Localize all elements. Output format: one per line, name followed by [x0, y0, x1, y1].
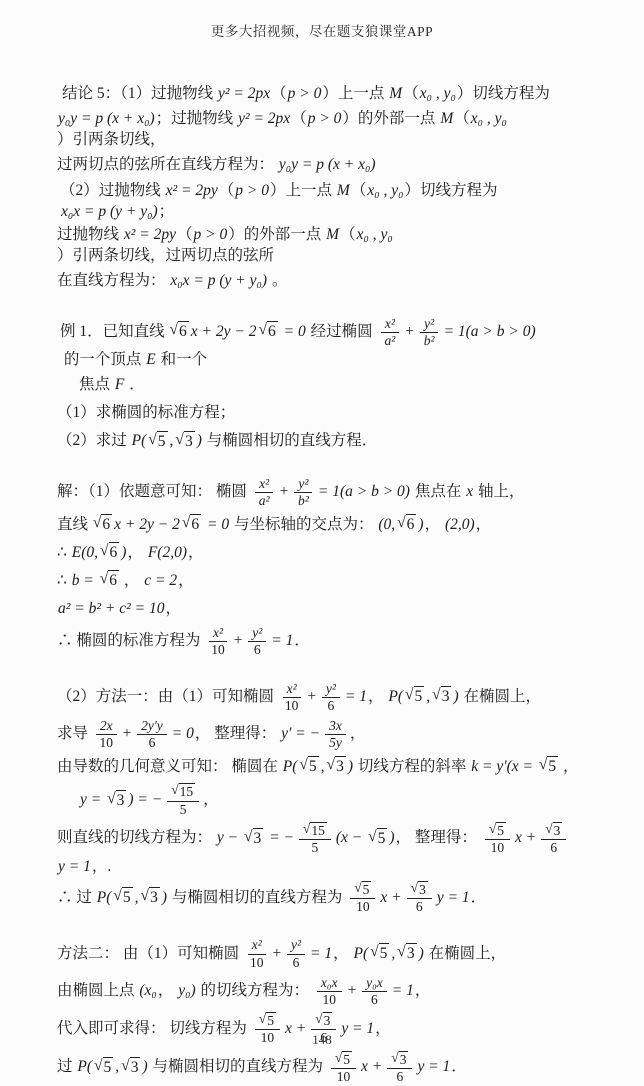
math-run: +	[232, 631, 244, 652]
text-line: 求导 2x10+2y′y6= 0， 整理得： y′ = −3x5y，	[57, 716, 591, 753]
radicand: 6	[178, 321, 189, 343]
radical-sign: √	[141, 886, 150, 907]
text-line: 解：（1）依题意可知： 椭圆 x²a²+y²b²= 1(a > b > 0) 焦…	[57, 474, 591, 511]
math-run: b²	[423, 333, 436, 349]
sqrt-expression: √5	[489, 822, 506, 839]
sqrt-expression: √3	[315, 1012, 332, 1029]
fraction-numerator: x²	[255, 476, 273, 493]
text-run: 经过椭圆	[307, 322, 377, 343]
text-run: ；	[159, 202, 175, 223]
radicand: 5	[103, 1057, 114, 1079]
math-run: ,	[390, 944, 396, 965]
text-run: （	[291, 109, 307, 130]
radicand: 6	[109, 542, 120, 564]
radicand: 5	[414, 686, 425, 708]
text-run: （2）过抛物线	[60, 181, 165, 202]
radicand: 5	[157, 431, 168, 453]
radicand: 3	[116, 790, 127, 812]
math-run: = 0	[202, 515, 230, 536]
fraction-denominator: 10	[320, 992, 340, 1008]
text-run: ）的外部一点	[228, 225, 325, 246]
fraction-numerator: √5	[350, 881, 375, 899]
text-run: ）引两条切线，过两切点的弦所	[57, 246, 274, 267]
math-run: y = 1	[416, 1057, 451, 1078]
radicand: 3	[130, 1057, 141, 1079]
text-run: ，	[178, 571, 194, 592]
math-run: y =	[79, 790, 106, 811]
solution-part-2-method-2: 方法二： 由（1）可知椭圆 x²10+y²6= 1， P(√5,√3) 在椭圆上…	[57, 935, 591, 1086]
text-run: 解：（1）依题意可知： 椭圆	[57, 482, 251, 503]
sqrt-expression: √5	[148, 431, 167, 453]
fraction-denominator: 6	[146, 735, 159, 751]
text-run: 6	[149, 735, 156, 751]
sqrt-expression: √15	[171, 783, 195, 800]
math-run: x²	[258, 476, 270, 492]
text-run: 过抛物线	[57, 225, 123, 246]
fraction-numerator: √3	[407, 881, 432, 899]
math-run: )	[120, 543, 127, 564]
math-run: )	[141, 1057, 148, 1078]
text-run: ∴ 椭圆的标准方程为	[57, 631, 204, 652]
radical-sign: √	[259, 1011, 266, 1027]
math-run: x²	[384, 316, 396, 332]
text-line: 直线 √6x + 2y − 2√6 = 0 与坐标轴的交点为： (0,√6)， …	[57, 511, 591, 539]
text-run: ．	[125, 375, 144, 396]
sqrt-expression: √3	[411, 881, 428, 898]
text-run: ，	[203, 790, 219, 811]
radical-sign: √	[171, 782, 178, 798]
math-run: 5y	[328, 735, 343, 751]
fraction: y²6	[322, 681, 340, 714]
math-run: x	[465, 482, 474, 503]
math-run: p > 0	[307, 109, 343, 130]
text-line: 焦点 F ．	[57, 372, 591, 400]
text-run: 10	[356, 899, 370, 915]
math-run: +	[346, 981, 358, 1002]
text-run: （	[340, 225, 356, 246]
text-run: ，	[415, 981, 431, 1002]
radicand: 15	[310, 822, 327, 839]
sqrt-expression: √5	[299, 756, 318, 778]
fraction-denominator: 6	[393, 1069, 406, 1085]
radical-sign: √	[335, 1050, 342, 1066]
text-run: ）上一点	[270, 181, 336, 202]
radicand: 5	[362, 881, 372, 898]
text-run: 10	[285, 698, 299, 714]
text-run: （2）求过	[57, 431, 131, 452]
sqrt-expression: √6	[397, 514, 416, 536]
fraction-numerator: y²	[322, 681, 340, 698]
fraction: √510	[350, 881, 375, 915]
sqrt-expression: √3	[141, 887, 160, 909]
math-run: x²	[212, 625, 224, 641]
math-run: p > 0	[234, 181, 270, 202]
math-run: x +	[360, 1057, 383, 1078]
text-run: ，	[350, 724, 366, 745]
sqrt-expression: √5	[259, 1012, 276, 1029]
math-run: P(	[131, 431, 148, 452]
fraction-denominator: 10	[334, 1069, 354, 1085]
math-run: y = 1	[436, 888, 471, 909]
document-content: 结论 5：（1）过抛物线 y² = 2px（p > 0）上一点 M（x₀ , y…	[57, 80, 591, 1086]
radicand: 5	[266, 1012, 276, 1029]
text-run: （	[454, 109, 470, 130]
text-run: 在椭圆上，	[460, 687, 541, 708]
math-run: +	[278, 482, 290, 503]
math-run: (0,	[377, 515, 396, 536]
radicand: 5	[342, 1051, 352, 1068]
fraction: 2x10	[96, 718, 117, 751]
radical-sign: √	[397, 513, 406, 534]
radical-sign: √	[100, 569, 109, 590]
math-run: P(	[96, 888, 113, 909]
fraction-denominator: a²	[255, 493, 274, 509]
conclusion-5: 结论 5：（1）过抛物线 y² = 2px（p > 0）上一点 M（x₀ , y…	[57, 80, 591, 296]
text-run: 5	[180, 802, 187, 818]
text-run: 6	[416, 899, 423, 915]
fraction-numerator: x²	[283, 681, 301, 698]
math-run: a² = b² + c² = 10	[57, 599, 165, 620]
fraction-denominator: 10	[282, 698, 302, 714]
radicand: 3	[399, 1051, 409, 1068]
math-run: M	[439, 109, 454, 130]
text-run: （	[403, 84, 419, 105]
math-run: x +	[514, 828, 537, 849]
radicand: 6	[108, 570, 119, 592]
sqrt-expression: √3	[391, 1051, 408, 1068]
text-run: 与椭圆相切的直线方程为	[168, 888, 346, 909]
radicand: 5	[122, 887, 133, 909]
math-run: +	[305, 687, 317, 708]
math-run: x₀x	[320, 975, 339, 991]
fraction: y²b²	[420, 316, 439, 349]
fraction-numerator: x²	[209, 625, 227, 642]
fraction-numerator: √5	[331, 1051, 356, 1069]
text-run: ∴ 过	[57, 888, 96, 909]
page-number: 148	[0, 1032, 644, 1048]
radicand: 5	[308, 756, 319, 778]
fraction: y²b²	[294, 476, 313, 509]
text-run: 的一个顶点	[60, 350, 145, 371]
sqrt-expression: √5	[113, 887, 132, 909]
math-run: ) = −	[127, 790, 163, 811]
text-line: 过 P(√5,√3) 与椭圆相切的直线方程为 √510x +√36y = 1．	[57, 1049, 591, 1086]
text-run: ，	[333, 944, 352, 965]
radicand: 3	[441, 686, 452, 708]
radical-sign: √	[113, 886, 122, 907]
fraction-numerator: √3	[541, 822, 566, 840]
fraction: √155	[299, 822, 331, 856]
text-line: a² = b² + c² = 10，	[57, 595, 591, 623]
fraction: 2y′y6	[137, 718, 167, 751]
text-line: （2）过抛物线 x² = 2py（p > 0）上一点 M（x₀ , y₀）切线方…	[57, 180, 591, 224]
text-run: ）的外部一点	[342, 109, 439, 130]
math-run: P(	[282, 757, 299, 778]
fraction-numerator: 2x	[96, 718, 117, 735]
radicand: 6	[190, 514, 201, 536]
text-line: 在直线方程为： x₀x = p (y + y₀) 。	[57, 268, 591, 296]
radicand: 15	[179, 783, 196, 800]
text-line: 过两切点的弦所在直线方程为： y₀y = p (x + x₀)	[57, 152, 591, 180]
math-run: = 0	[279, 322, 307, 343]
math-run: y₀x	[365, 975, 384, 991]
math-run: x² = 2py	[165, 181, 219, 202]
sqrt-expression: √6	[100, 542, 119, 564]
math-run: )	[347, 757, 354, 778]
text-run: ．	[294, 631, 310, 652]
text-run: 10	[491, 840, 505, 856]
text-run: 5	[312, 840, 319, 856]
math-run: c = 2	[143, 571, 178, 592]
sqrt-expression: √3	[121, 1057, 140, 1079]
fraction-numerator: x²	[248, 937, 266, 954]
text-run: 在直线方程为：	[57, 271, 169, 292]
fraction-denominator: b²	[294, 493, 313, 509]
sqrt-expression: √5	[368, 828, 387, 850]
radicand: 6	[406, 514, 417, 536]
text-run: 10	[337, 1069, 351, 1085]
fraction-numerator: y²	[294, 476, 312, 493]
text-run: 过两切点的弦所在直线方程为：	[57, 155, 278, 176]
text-run: 6	[396, 1069, 403, 1085]
radicand: 3	[553, 822, 563, 839]
radical-sign: √	[303, 821, 310, 837]
math-run: P(	[387, 687, 404, 708]
text-run: 6	[550, 840, 557, 856]
text-run: ）引两条切线，	[57, 130, 166, 151]
text-run: 则直线的切线方程为：	[57, 828, 216, 849]
math-run: y₀y = p (x + x₀)	[278, 155, 377, 176]
radicand: 5	[379, 943, 390, 965]
fraction-numerator: √15	[167, 783, 199, 801]
math-run: M	[388, 84, 403, 105]
math-run: F	[114, 375, 125, 396]
text-run: 。	[268, 271, 287, 292]
fraction-numerator: √5	[485, 822, 510, 840]
math-run: = 1	[344, 687, 368, 708]
math-run: x₀ , y₀	[419, 84, 457, 105]
radicand: 6	[267, 321, 278, 343]
example-1-problem: 例 1．已知直线 √6x + 2y − 2√6 = 0 经过椭圆 x²a²+y²…	[57, 314, 591, 456]
sqrt-expression: √3	[175, 431, 194, 453]
text-line: 则直线的切线方程为： y − √3 = −√155(x − √5)， 整理得： …	[57, 820, 591, 879]
math-run: b =	[71, 571, 99, 592]
math-run: x + 2y − 2	[113, 515, 181, 536]
math-run: y² = 2px	[217, 84, 271, 105]
math-run: ,	[169, 431, 175, 452]
radical-sign: √	[121, 1056, 130, 1077]
text-run: 与坐标轴的交点为：	[230, 515, 377, 536]
fraction-numerator: √5	[255, 1012, 280, 1030]
fraction: y²6	[287, 937, 305, 970]
radical-sign: √	[545, 821, 552, 837]
text-run: ，.	[92, 857, 111, 878]
radical-sign: √	[354, 880, 361, 896]
text-run: ，	[165, 599, 181, 620]
fraction-denominator: 10	[353, 899, 373, 915]
fraction-denominator: 5y	[325, 735, 346, 751]
text-run: 6	[293, 955, 300, 971]
radical-sign: √	[258, 320, 267, 341]
math-run: y = 1	[57, 857, 92, 878]
solution-part-1: 解：（1）依题意可知： 椭圆 x²a²+y²b²= 1(a > b > 0) 焦…	[57, 474, 591, 661]
text-run: 与椭圆相切的直线方程为	[149, 1057, 327, 1078]
radical-sign: √	[370, 942, 379, 963]
radicand: 3	[418, 881, 428, 898]
text-run: 求导	[57, 724, 92, 745]
math-run: )	[388, 828, 395, 849]
text-run: 和一个	[157, 350, 207, 371]
sqrt-expression: √5	[354, 881, 371, 898]
text-run: （	[351, 181, 367, 202]
radical-sign: √	[539, 755, 548, 776]
math-run: = 1	[391, 981, 415, 1002]
radical-sign: √	[299, 755, 308, 776]
text-run: ）切线方程为	[405, 181, 502, 202]
fraction: 3x5y	[325, 718, 346, 751]
fraction-denominator: 6	[547, 840, 560, 856]
sqrt-expression: √3	[107, 790, 126, 812]
text-run: ∴	[57, 543, 71, 564]
math-run: y₀)	[177, 981, 196, 1002]
sqrt-expression: √6	[100, 570, 119, 592]
math-run: 3x	[328, 718, 343, 734]
text-run: 6	[371, 992, 378, 1008]
sqrt-expression: √5	[94, 1057, 113, 1079]
text-run: （1）求椭圆的标准方程；	[57, 403, 235, 424]
fraction-denominator: 5	[309, 840, 322, 856]
text-line: 由椭圆上点 (x₀， y₀) 的切线方程为： x₀x10+y₀x6= 1，	[57, 973, 591, 1010]
text-line: ∴ E(0,√6)， F(2,0)，	[57, 539, 591, 567]
fraction-numerator: x²	[381, 316, 399, 333]
math-run: ,	[320, 757, 326, 778]
text-run: ，	[559, 757, 578, 778]
radical-sign: √	[182, 513, 191, 534]
math-run: )	[196, 431, 203, 452]
sqrt-expression: √3	[244, 828, 263, 850]
math-run: y²	[251, 625, 263, 641]
text-run: ，	[425, 515, 444, 536]
math-run: 2y′y	[140, 718, 164, 734]
math-run: y²	[423, 316, 435, 332]
fraction: x₀x10	[317, 975, 342, 1008]
math-run: x₀x = p (y + y₀)	[60, 202, 159, 223]
fraction-denominator: a²	[380, 333, 399, 349]
math-run: x²	[286, 681, 298, 697]
math-run: )	[418, 944, 425, 965]
math-run: y²	[290, 937, 302, 953]
text-run: 焦点在	[411, 482, 465, 503]
math-run: M	[336, 181, 351, 202]
sqrt-expression: √6	[182, 514, 201, 536]
math-run: p > 0	[287, 84, 323, 105]
text-run: 与椭圆相切的直线方程．	[203, 431, 377, 452]
math-run: +	[121, 724, 133, 745]
text-line: y = √3) = −√155，	[57, 781, 591, 819]
math-run: P(	[76, 1057, 93, 1078]
radicand: 3	[149, 887, 160, 909]
math-run: y² = 2px	[237, 109, 291, 130]
fraction: x²10	[247, 937, 267, 970]
math-run: x² = 2py	[123, 225, 177, 246]
text-line: 过抛物线 x² = 2py（p > 0）的外部一点 M（x₀ , y₀）引两条切…	[57, 224, 591, 268]
radical-sign: √	[405, 685, 414, 706]
fraction-denominator: 6	[413, 899, 426, 915]
math-run: M	[325, 225, 340, 246]
radical-sign: √	[94, 1056, 103, 1077]
sqrt-expression: √6	[93, 514, 112, 536]
fraction-denominator: 6	[251, 642, 264, 658]
sqrt-expression: √5	[370, 943, 389, 965]
text-run: 10	[211, 642, 225, 658]
text-line: ∴ b = √6 ， c = 2，	[57, 567, 591, 595]
fraction-denominator: 5	[177, 802, 190, 818]
fraction-numerator: y²	[287, 937, 305, 954]
fraction: √510	[331, 1051, 356, 1085]
math-run: +	[271, 944, 283, 965]
math-run: +	[403, 322, 415, 343]
fraction: √36	[541, 822, 566, 856]
radicand: 3	[323, 1012, 333, 1029]
sqrt-expression: √5	[405, 686, 424, 708]
text-run: 由椭圆上点	[57, 981, 138, 1002]
text-run: 6	[254, 642, 261, 658]
math-run: y −	[216, 828, 243, 849]
text-run: 直线	[57, 515, 92, 536]
sqrt-expression: √6	[170, 321, 189, 343]
text-run: ，	[120, 571, 143, 592]
math-run: )	[417, 515, 424, 536]
radical-sign: √	[489, 821, 496, 837]
text-run: 方法二： 由（1）可知椭圆	[57, 944, 243, 965]
math-run: x₀ , y₀	[366, 181, 404, 202]
text-run: 结论 5：（1）过抛物线	[62, 84, 217, 105]
fraction-numerator: y²	[248, 625, 266, 642]
fraction-denominator: 10	[208, 642, 228, 658]
text-run: 的切线方程为：	[197, 981, 313, 1002]
text-run: ．	[451, 1057, 467, 1078]
fraction: x²a²	[380, 316, 399, 349]
math-run: k = y′(x =	[470, 757, 538, 778]
radical-sign: √	[175, 430, 184, 451]
text-line: ∴ 椭圆的标准方程为 x²10+y²6= 1．	[57, 623, 591, 660]
math-run: F(2,0)	[147, 543, 188, 564]
math-run: )	[161, 888, 168, 909]
radical-sign: √	[107, 789, 116, 810]
fraction-numerator: 3x	[325, 718, 346, 735]
text-run: 例 1．已知直线	[60, 322, 169, 343]
math-run: P(	[353, 944, 370, 965]
radicand: 3	[335, 756, 346, 778]
math-run: = 1(a > b > 0)	[317, 482, 411, 503]
fraction-numerator: x₀x	[317, 975, 342, 992]
math-run: y′ = −	[280, 724, 321, 745]
math-run: x₀x = p (y + y₀)	[169, 271, 268, 292]
fraction: √36	[407, 881, 432, 915]
math-run: = −	[264, 828, 295, 849]
text-line: 例 1．已知直线 √6x + 2y − 2√6 = 0 经过椭圆 x²a²+y²…	[57, 314, 591, 372]
radical-sign: √	[93, 513, 102, 534]
radical-sign: √	[244, 827, 253, 848]
radical-sign: √	[148, 430, 157, 451]
math-run: E(0,	[71, 543, 99, 564]
watermark-header: 更多大招视频，尽在题支狼课堂APP	[0, 20, 644, 40]
fraction-denominator: 6	[290, 955, 303, 971]
text-line: （2）求过 P(√5,√3) 与椭圆相切的直线方程．	[57, 428, 591, 456]
radicand: 3	[253, 828, 264, 850]
text-run: 切线方程的斜率	[354, 757, 470, 778]
fraction-denominator: b²	[420, 333, 439, 349]
